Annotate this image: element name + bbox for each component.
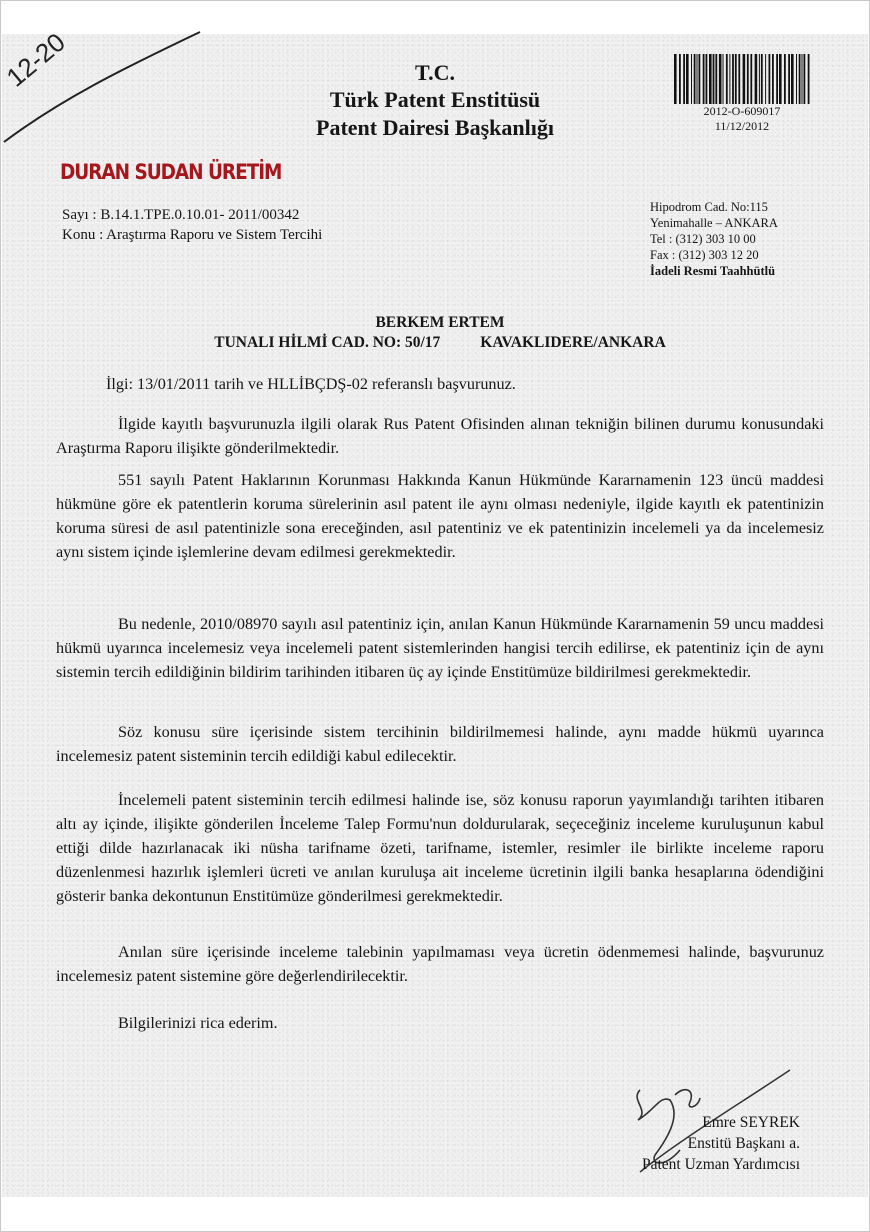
recipient-city: KAVAKLIDERE/ANKARA bbox=[480, 333, 665, 353]
barcode-date: 11/12/2012 bbox=[662, 119, 822, 134]
recipient-address: TUNALI HİLMİ CAD. NO: 50/17KAVAKLIDERE/A… bbox=[120, 333, 760, 353]
barcode-label: 2012-O-609017 11/12/2012 bbox=[662, 104, 822, 134]
letter-paragraph-5: İncelemeli patent sisteminin tercih edil… bbox=[56, 788, 824, 908]
letter-ilgi: İlgi: 13/01/2011 tarih ve HLLİBÇDŞ-02 re… bbox=[56, 372, 824, 396]
contact-fax: Fax : (312) 303 12 20 bbox=[650, 247, 778, 263]
contact-block: Hipodrom Cad. No:115 Yenimahalle – ANKAR… bbox=[650, 199, 778, 279]
letter-paragraph-1: İlgide kayıtlı başvurunuzla ilgili olara… bbox=[56, 412, 824, 460]
header-department: Patent Dairesi Başkanlığı bbox=[270, 114, 600, 142]
paragraph-text: İncelemeli patent sisteminin tercih edil… bbox=[56, 788, 824, 908]
contact-address-1: Hipodrom Cad. No:115 bbox=[650, 199, 778, 215]
reference-number: Sayı : B.14.1.TPE.0.10.01- 2011/00342 bbox=[62, 205, 322, 225]
contact-delivery: İadeli Resmi Taahhütlü bbox=[650, 263, 778, 279]
paragraph-text: Bu nedenle, 2010/08970 sayılı asıl paten… bbox=[56, 612, 824, 684]
signatory-title-1: Enstitü Başkanı a. bbox=[560, 1133, 800, 1154]
closing-text: Bilgilerinizi rica ederim. bbox=[56, 1011, 824, 1035]
paragraph-text: Anılan süre içerisinde inceleme talebini… bbox=[56, 940, 824, 988]
recipient-street: TUNALI HİLMİ CAD. NO: 50/17 bbox=[214, 333, 440, 353]
signatory-title-2: Patent Uzman Yardımcısı bbox=[560, 1154, 800, 1175]
paragraph-text: Söz konusu süre içerisinde sistem tercih… bbox=[56, 720, 824, 768]
letter-paragraph-6: Anılan süre içerisinde inceleme talebini… bbox=[56, 940, 824, 988]
reference-subject: Konu : Araştırma Raporu ve Sistem Tercih… bbox=[62, 225, 322, 245]
paragraph-text: İlgide kayıtlı başvurunuzla ilgili olara… bbox=[56, 412, 824, 460]
letter-paragraph-3: Bu nedenle, 2010/08970 sayılı asıl paten… bbox=[56, 612, 824, 684]
handwritten-mark-icon: 12-20 bbox=[0, 30, 210, 150]
svg-text:12-20: 12-20 bbox=[1, 30, 71, 93]
header-institute: Türk Patent Enstitüsü bbox=[270, 86, 600, 114]
brand-label: DURAN SUDAN ÜRETİM bbox=[60, 160, 281, 184]
paragraph-text: 551 sayılı Patent Haklarının Korunması H… bbox=[56, 468, 824, 564]
signatory: Emre SEYREK Enstitü Başkanı a. Patent Uz… bbox=[560, 1112, 800, 1175]
contact-address-2: Yenimahalle – ANKARA bbox=[650, 215, 778, 231]
contact-tel: Tel : (312) 303 10 00 bbox=[650, 231, 778, 247]
recipient-block: BERKEM ERTEM TUNALI HİLMİ CAD. NO: 50/17… bbox=[120, 313, 760, 353]
barcode-number: 2012-O-609017 bbox=[662, 104, 822, 119]
letter-closing: Bilgilerinizi rica ederim. bbox=[56, 1011, 824, 1035]
reference-block: Sayı : B.14.1.TPE.0.10.01- 2011/00342 Ko… bbox=[62, 205, 322, 245]
letter-paragraph-2: 551 sayılı Patent Haklarının Korunması H… bbox=[56, 468, 824, 564]
signatory-name: Emre SEYREK bbox=[560, 1112, 800, 1133]
header-tc: T.C. bbox=[270, 60, 600, 86]
institution-header: T.C. Türk Patent Enstitüsü Patent Daires… bbox=[270, 60, 600, 142]
ilgi-line: İlgi: 13/01/2011 tarih ve HLLİBÇDŞ-02 re… bbox=[56, 372, 824, 396]
recipient-name: BERKEM ERTEM bbox=[120, 313, 760, 333]
barcode-icon bbox=[672, 54, 812, 104]
letter-paragraph-4: Söz konusu süre içerisinde sistem tercih… bbox=[56, 720, 824, 768]
